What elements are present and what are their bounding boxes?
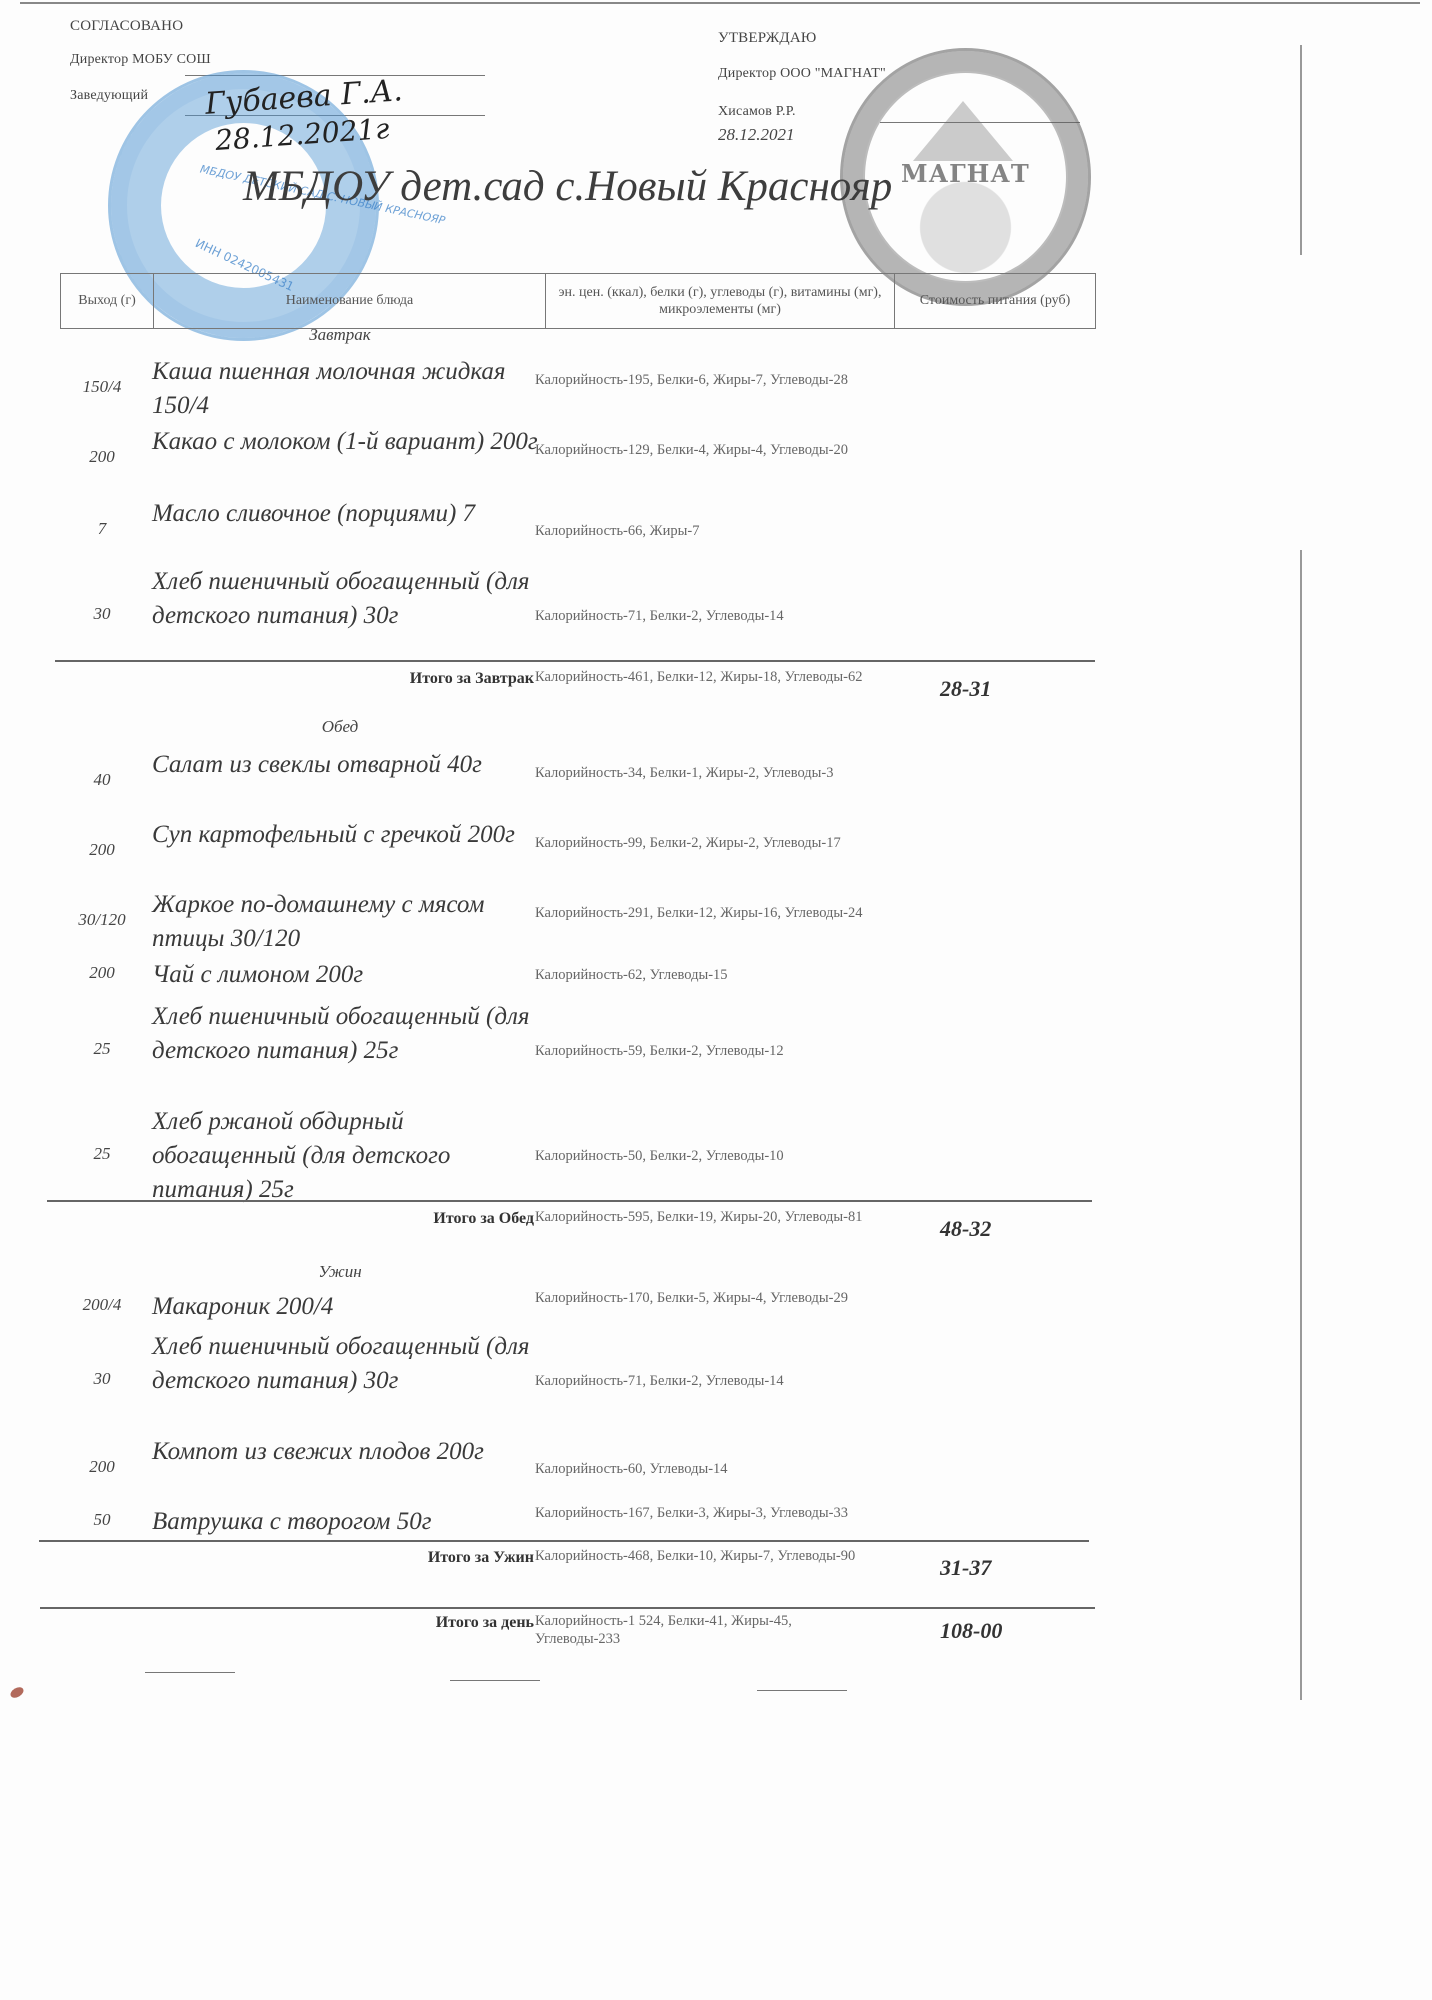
item-dish-name: Ватрушка с творогом 50г (152, 1505, 542, 1539)
item-output: 7 (60, 519, 144, 539)
item-dish-name: Каша пшенная молочная жидкая 150/4 (152, 355, 542, 423)
item-output: 30 (60, 1369, 144, 1389)
blank-line (757, 1690, 847, 1691)
day-total-label: Итого за день (436, 1614, 534, 1632)
meal-section-title: Завтрак (60, 325, 620, 345)
item-dish-name: Чай с лимоном 200г (152, 958, 542, 992)
item-nutrition: Калорийность-170, Белки-5, Жиры-4, Углев… (535, 1289, 865, 1307)
item-output: 200 (60, 840, 144, 860)
item-nutrition: Калорийность-34, Белки-1, Жиры-2, Углево… (535, 764, 865, 782)
divider (39, 1540, 1089, 1542)
approval-left-role: Заведующий (70, 88, 148, 104)
item-output: 150/4 (60, 377, 144, 397)
scan-edge-right (1300, 45, 1302, 255)
approval-right-position: Директор ООО "МАГНАТ" (718, 66, 886, 82)
item-output: 30 (60, 604, 144, 624)
blank-line (145, 1672, 235, 1673)
day-total-cost: 108-00 (940, 1618, 1002, 1644)
item-nutrition: Калорийность-291, Белки-12, Жиры-16, Угл… (535, 904, 865, 922)
meal-section-title: Обед (60, 717, 620, 737)
col-output: Выход (г) (61, 274, 154, 329)
item-output: 200 (60, 447, 144, 467)
meal-total-cost: 48-32 (940, 1216, 991, 1242)
item-nutrition: Калорийность-62, Углеводы-15 (535, 966, 865, 984)
approval-right-heading: УТВЕРЖДАЮ (718, 30, 817, 47)
item-nutrition: Калорийность-167, Белки-3, Жиры-3, Углев… (535, 1504, 865, 1522)
item-nutrition: Калорийность-71, Белки-2, Углеводы-14 (535, 607, 865, 625)
item-dish-name: Масло сливочное (порциями) 7 (152, 497, 542, 531)
meal-total-nutrition: Калорийность-468, Белки-10, Жиры-7, Угле… (535, 1547, 865, 1565)
item-dish-name: Компот из свежих плодов 200г (152, 1435, 542, 1469)
item-dish-name: Жаркое по-домашнему с мясом птицы 30/120 (152, 888, 542, 956)
item-dish-name: Макароник 200/4 (152, 1290, 542, 1324)
divider (40, 1607, 1095, 1609)
item-dish-name: Хлеб пшеничный обогащенный (для детского… (152, 565, 542, 633)
meal-total-label: Итого за Завтрак (410, 670, 534, 688)
item-output: 50 (60, 1510, 144, 1530)
meal-total-cost: 28-31 (940, 676, 991, 702)
meal-total-cost: 31-37 (940, 1555, 991, 1581)
item-dish-name: Какао с молоком (1-й вариант) 200г (152, 425, 542, 459)
meal-section-title: Ужин (60, 1262, 620, 1282)
approval-right-name: Хисамов Р.Р. (718, 104, 796, 120)
item-dish-name: Хлеб ржаной обдирный обогащенный (для де… (152, 1105, 542, 1207)
item-output: 40 (60, 770, 144, 790)
meal-total-label: Итого за Ужин (428, 1549, 534, 1567)
item-dish-name: Хлеб пшеничный обогащенный (для детского… (152, 1330, 542, 1398)
scan-edge-right (1300, 550, 1302, 1700)
item-nutrition: Калорийность-99, Белки-2, Жиры-2, Углево… (535, 834, 865, 852)
menu-table-header: Выход (г) Наименование блюда эн. цен. (к… (60, 273, 1096, 329)
meal-total-nutrition: Калорийность-595, Белки-19, Жиры-20, Угл… (535, 1208, 865, 1226)
day-total-nutrition: Калорийность-1 524, Белки-41, Жиры-45, У… (535, 1612, 865, 1648)
mountain-logo-icon (913, 101, 1013, 161)
item-output: 25 (60, 1039, 144, 1059)
document-title: МБДОУ дет.сад с.Новый Краснояр (243, 162, 892, 211)
item-nutrition: Калорийность-66, Жиры-7 (535, 522, 865, 540)
divider (47, 1200, 1092, 1202)
divider (55, 660, 1095, 662)
col-cost: Стоимость питания (руб) (895, 274, 1096, 329)
item-output: 200 (60, 1457, 144, 1477)
ink-smudge (9, 1685, 26, 1700)
approval-left-position: Директор МОБУ СОШ (70, 52, 211, 68)
item-output: 200/4 (60, 1295, 144, 1315)
approval-left-heading: СОГЛАСОВАНО (70, 18, 183, 35)
item-dish-name: Хлеб пшеничный обогащенный (для детского… (152, 1000, 542, 1068)
item-nutrition: Калорийность-50, Белки-2, Углеводы-10 (535, 1147, 865, 1165)
item-nutrition: Калорийность-60, Углеводы-14 (535, 1460, 865, 1478)
item-dish-name: Салат из свеклы отварной 40г (152, 748, 542, 782)
item-output: 25 (60, 1144, 144, 1164)
item-nutrition: Калорийность-59, Белки-2, Углеводы-12 (535, 1042, 865, 1060)
item-output: 30/120 (60, 910, 144, 930)
item-nutrition: Калорийность-195, Белки-6, Жиры-7, Углев… (535, 371, 865, 389)
meal-total-label: Итого за Обед (433, 1210, 534, 1228)
approval-right-date: 28.12.2021 (718, 125, 795, 145)
blank-line (450, 1680, 540, 1681)
col-dish: Наименование блюда (154, 274, 546, 329)
col-nutrition: эн. цен. (ккал), белки (г), углеводы (г)… (546, 274, 895, 329)
item-dish-name: Суп картофельный с гречкой 200г (152, 818, 542, 852)
item-output: 200 (60, 963, 144, 983)
item-nutrition: Калорийность-129, Белки-4, Жиры-4, Углев… (535, 441, 865, 459)
stamp-logo: МАГНАТ (901, 159, 1030, 188)
item-nutrition: Калорийность-71, Белки-2, Углеводы-14 (535, 1372, 865, 1390)
meal-total-nutrition: Калорийность-461, Белки-12, Жиры-18, Угл… (535, 668, 865, 686)
scan-edge (20, 2, 1420, 4)
